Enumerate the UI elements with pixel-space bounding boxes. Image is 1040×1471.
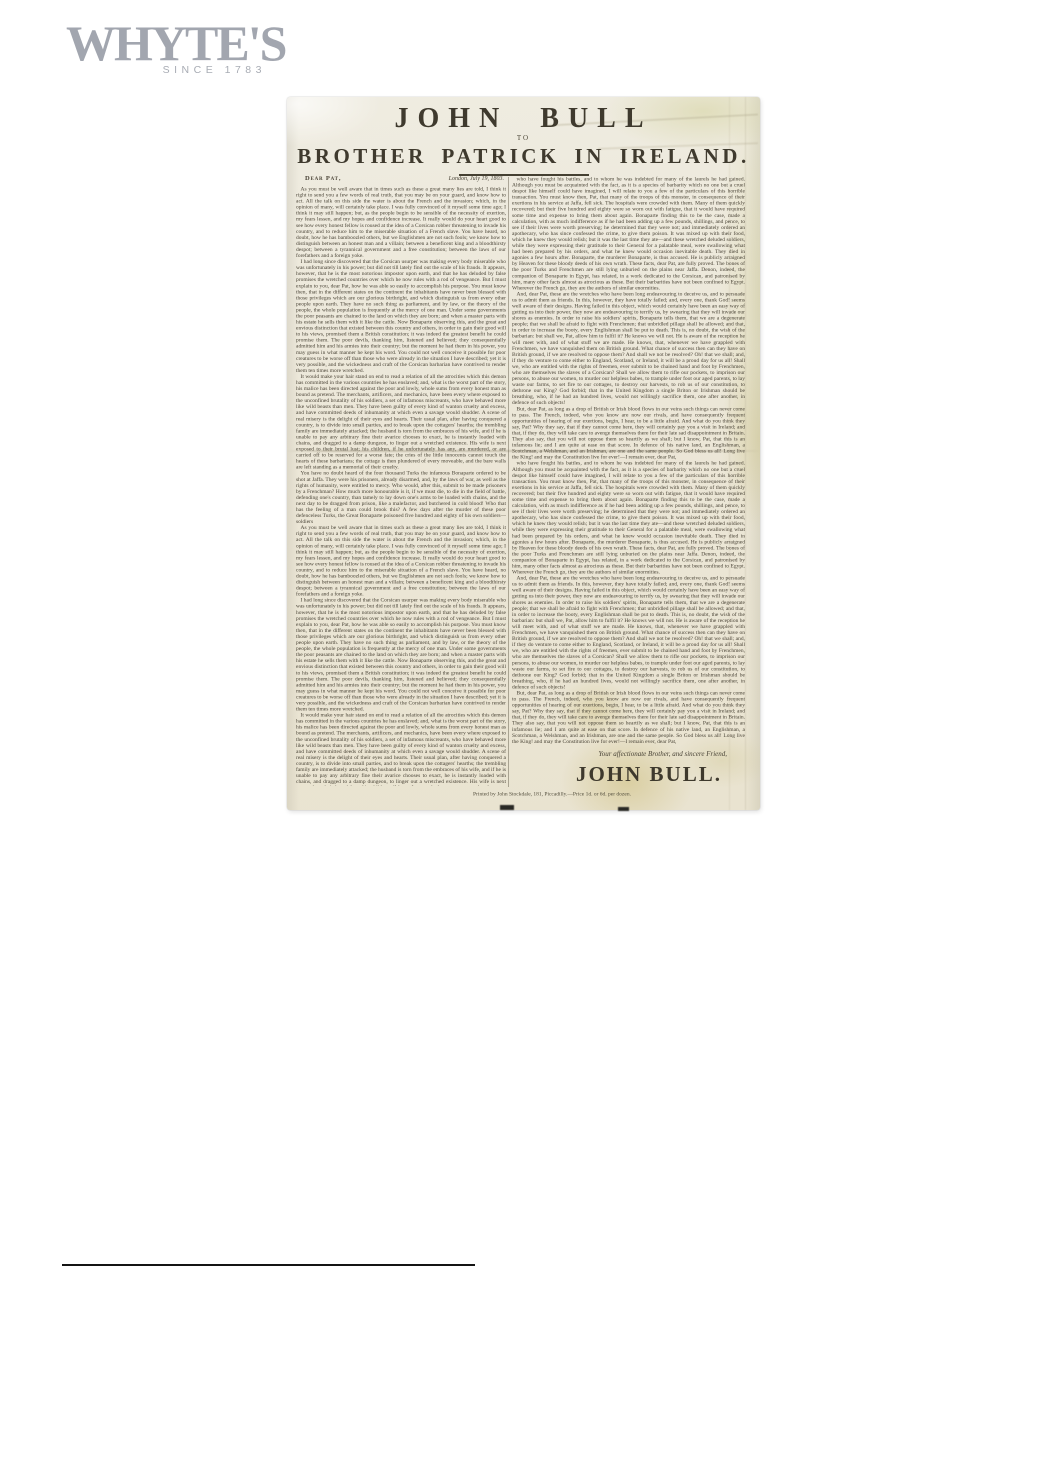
valediction: Your affectionate Brother, and sincere F…	[527, 750, 727, 758]
column-divider-rule	[508, 177, 509, 787]
broadside-title: JOHN BULL	[287, 104, 760, 133]
broadside-header: JOHN BULL TO BROTHER PATRICK IN IRELAND.	[287, 104, 760, 176]
logo-wordmark: WHYTE'S	[66, 18, 268, 68]
signature: JOHN BULL.	[512, 762, 722, 787]
ink-smudge	[500, 805, 514, 810]
broadside-title-to: TO	[287, 134, 760, 142]
catalog-page: WHYTE'S SINCE 1783 JOHN BULL TO BROTHER …	[0, 0, 1040, 1471]
salutation: Dear Pat,	[296, 175, 341, 182]
place-date: London, July 19, 1803.	[449, 176, 506, 182]
footnote-rule	[62, 1264, 475, 1266]
whytes-logo: WHYTE'S SINCE 1783	[66, 18, 268, 76]
broadside-scan: JOHN BULL TO BROTHER PATRICK IN IRELAND.…	[287, 97, 760, 810]
left-column: As you must be well aware that in times …	[296, 186, 506, 786]
right-column-text: who have fought his battles, and to whom…	[512, 176, 745, 744]
right-column: who have fought his battles, and to whom…	[512, 176, 745, 745]
ink-smudge	[618, 807, 629, 811]
imprint-row: Printed by John Stockdale, 181, Piccadil…	[437, 791, 667, 797]
imprint-text: Printed by John Stockdale, 181, Piccadil…	[437, 791, 667, 797]
left-column-text: As you must be well aware that in times …	[296, 186, 506, 786]
broadside-subtitle: BROTHER PATRICK IN IRELAND.	[287, 144, 760, 169]
dateline-row: Dear Pat, London, July 19, 1803.	[296, 175, 506, 182]
